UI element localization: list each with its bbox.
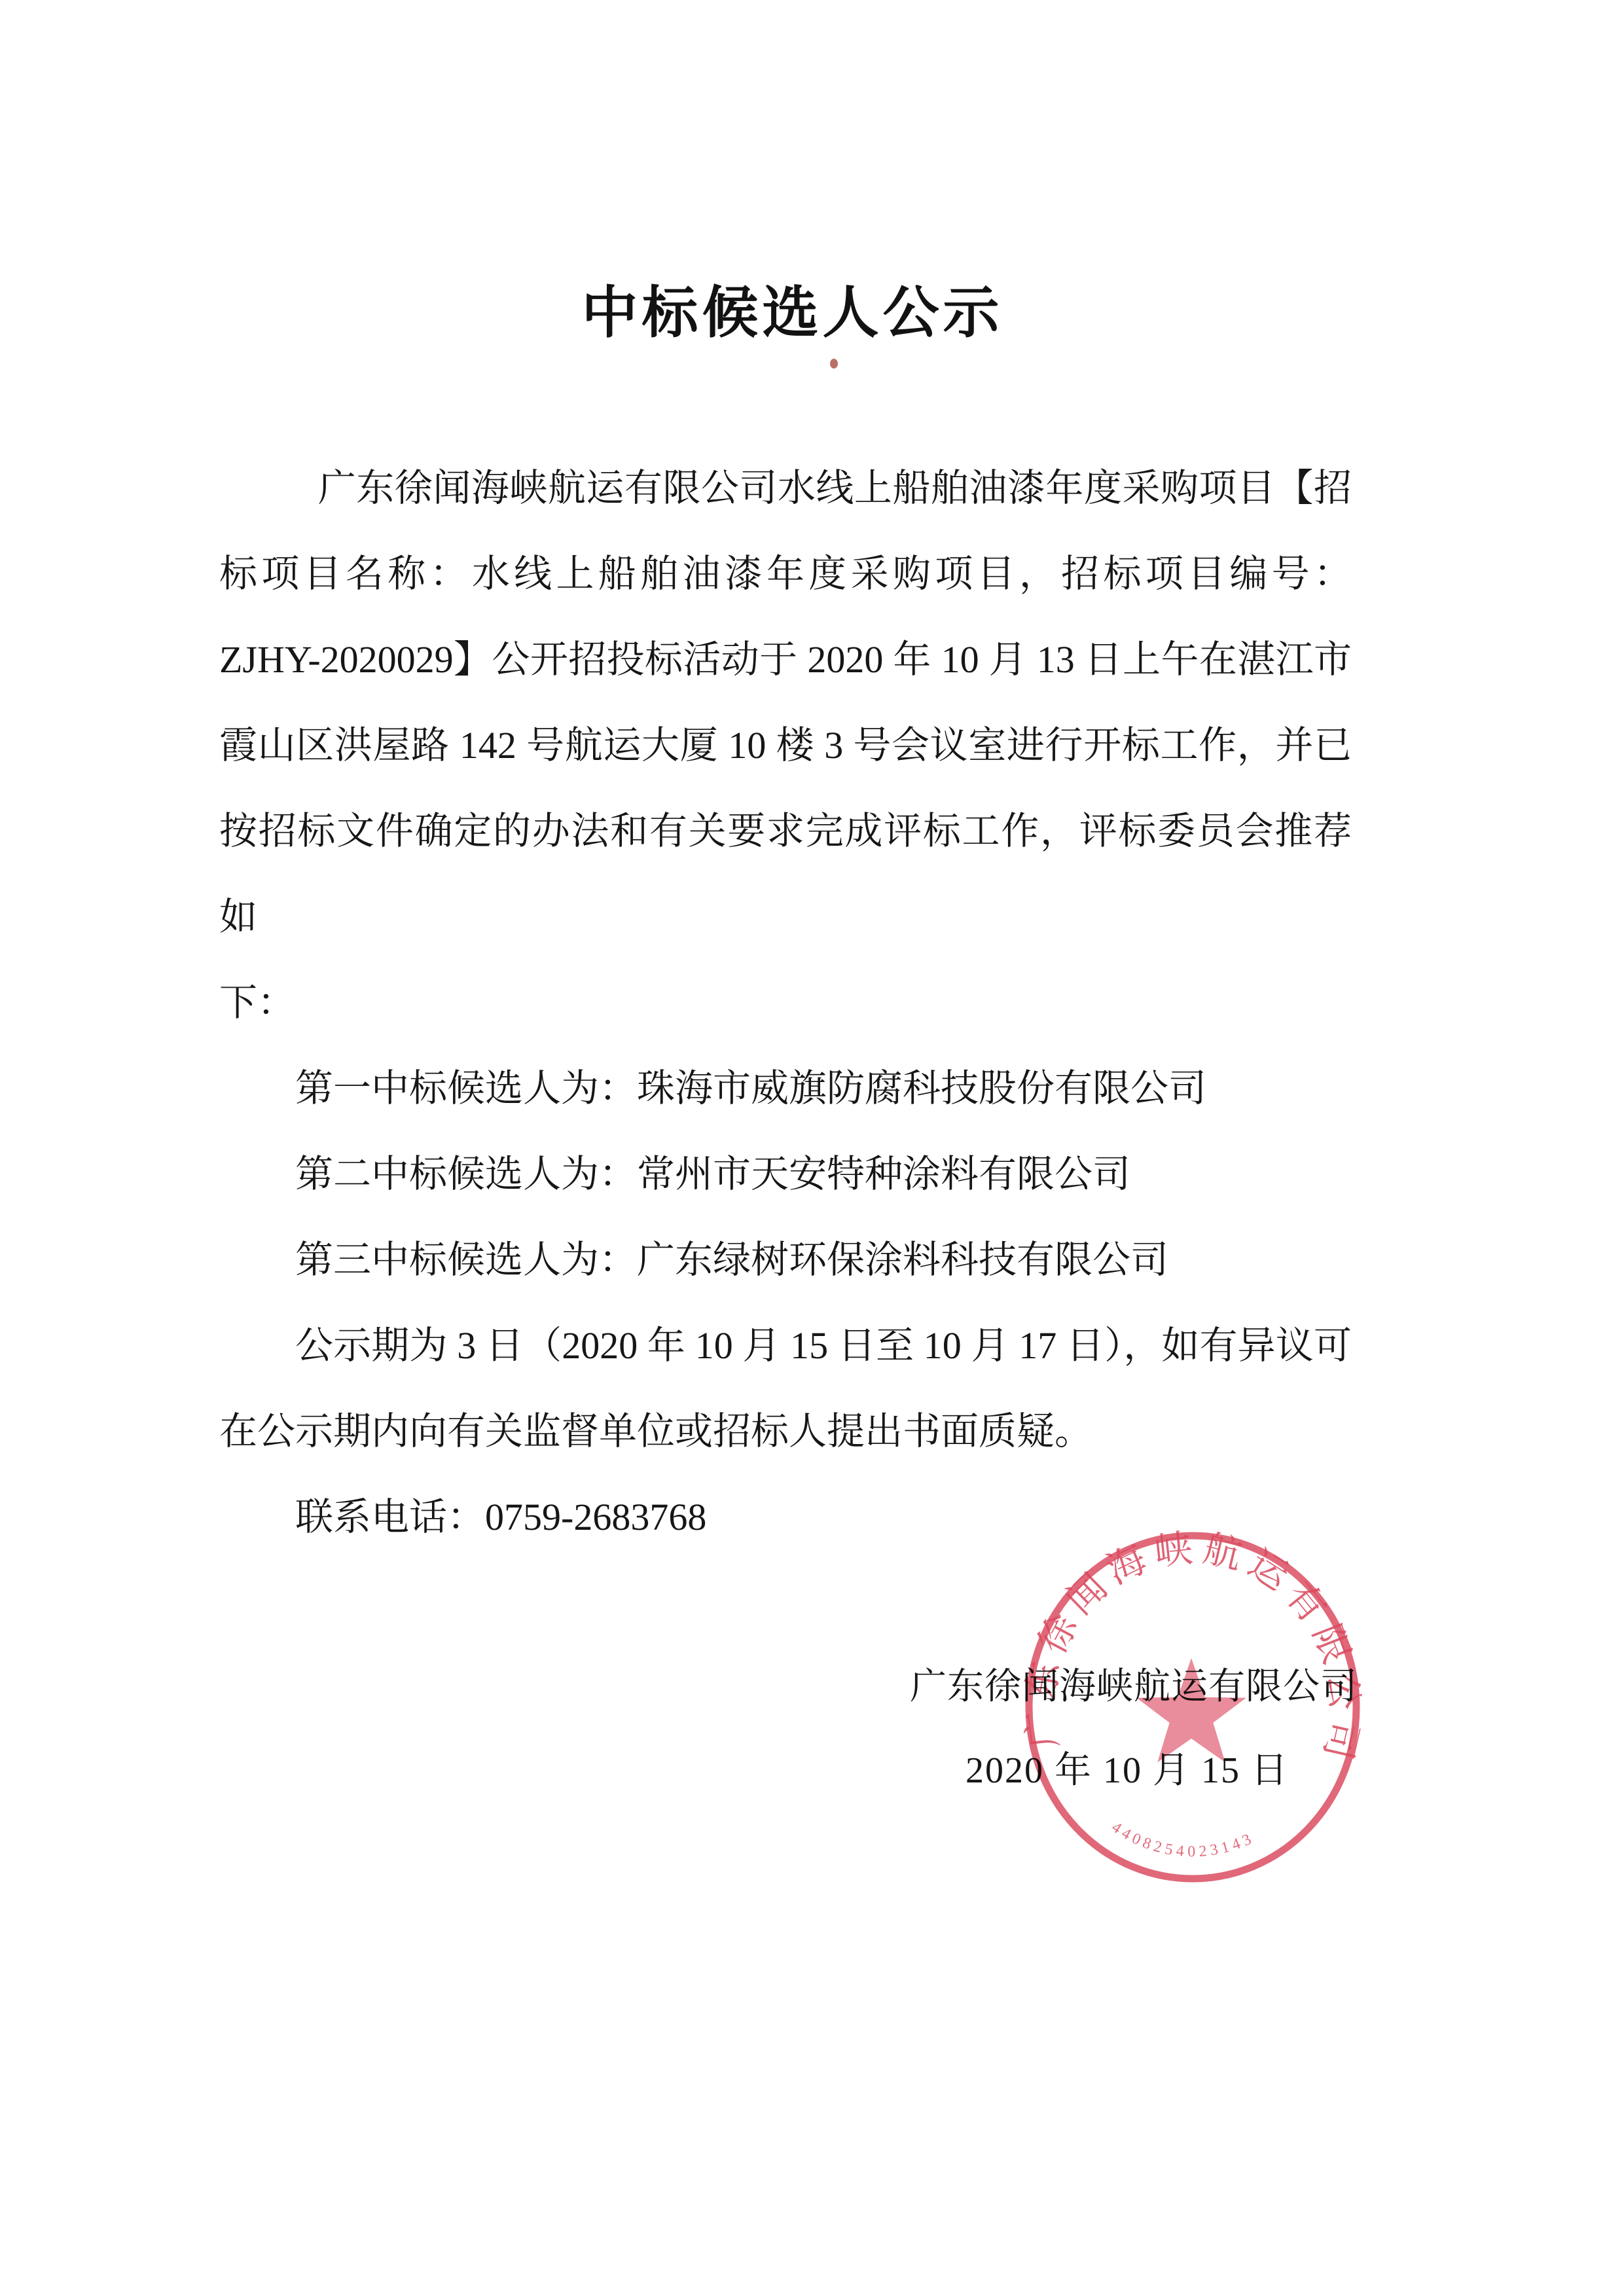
star-icon [1136,1658,1246,1762]
red-ink-speck [830,359,838,369]
body-line-candidate-1: 第一中标候选人为：珠海市威旗防腐科技股份有限公司 [219,1045,1352,1131]
seal-serial-number: 4408254023143 [1109,1818,1258,1860]
body-line: 广东徐闻海峡航运有限公司水线上船舶油漆年度采购项目【招 [219,445,1352,531]
body-line: 下： [219,960,1352,1045]
body-line: 按招标文件确定的办法和有关要求完成评标工作，评标委员会推荐如 [219,788,1352,960]
body-line-candidate-3: 第三中标候选人为：广东绿树环保涂料科技有限公司 [219,1217,1352,1303]
body-line: 公示期为 3 日（2020 年 10 月 15 日至 10 月 17 日），如有… [219,1303,1352,1388]
body-line: 霞山区洪屋路 142 号航运大厦 10 楼 3 号会议室进行开标工作，并已 [219,702,1352,788]
body-line: 标项目名称：水线上船舶油漆年度采购项目，招标项目编号： [219,531,1352,617]
page-title: 中标候选人公示 [0,267,1585,348]
document-page: 中标候选人公示 广东徐闻海峡航运有限公司水线上船舶油漆年度采购项目【招 标项目名… [0,0,1624,2295]
body-line: ZJHY-2020029】公开招投标活动于 2020 年 10 月 13 日上午… [219,617,1352,702]
body-line: 在公示期内向有关监督单位或招标人提出书面质疑。 [219,1388,1352,1474]
company-seal: 广东徐闻海峡航运有限公司 4408254023143 [1016,1524,1369,1890]
body-text: 广东徐闻海峡航运有限公司水线上船舶油漆年度采购项目【招 标项目名称：水线上船舶油… [219,445,1352,1560]
body-line-candidate-2: 第二中标候选人为：常州市天安特种涂料有限公司 [219,1131,1352,1217]
